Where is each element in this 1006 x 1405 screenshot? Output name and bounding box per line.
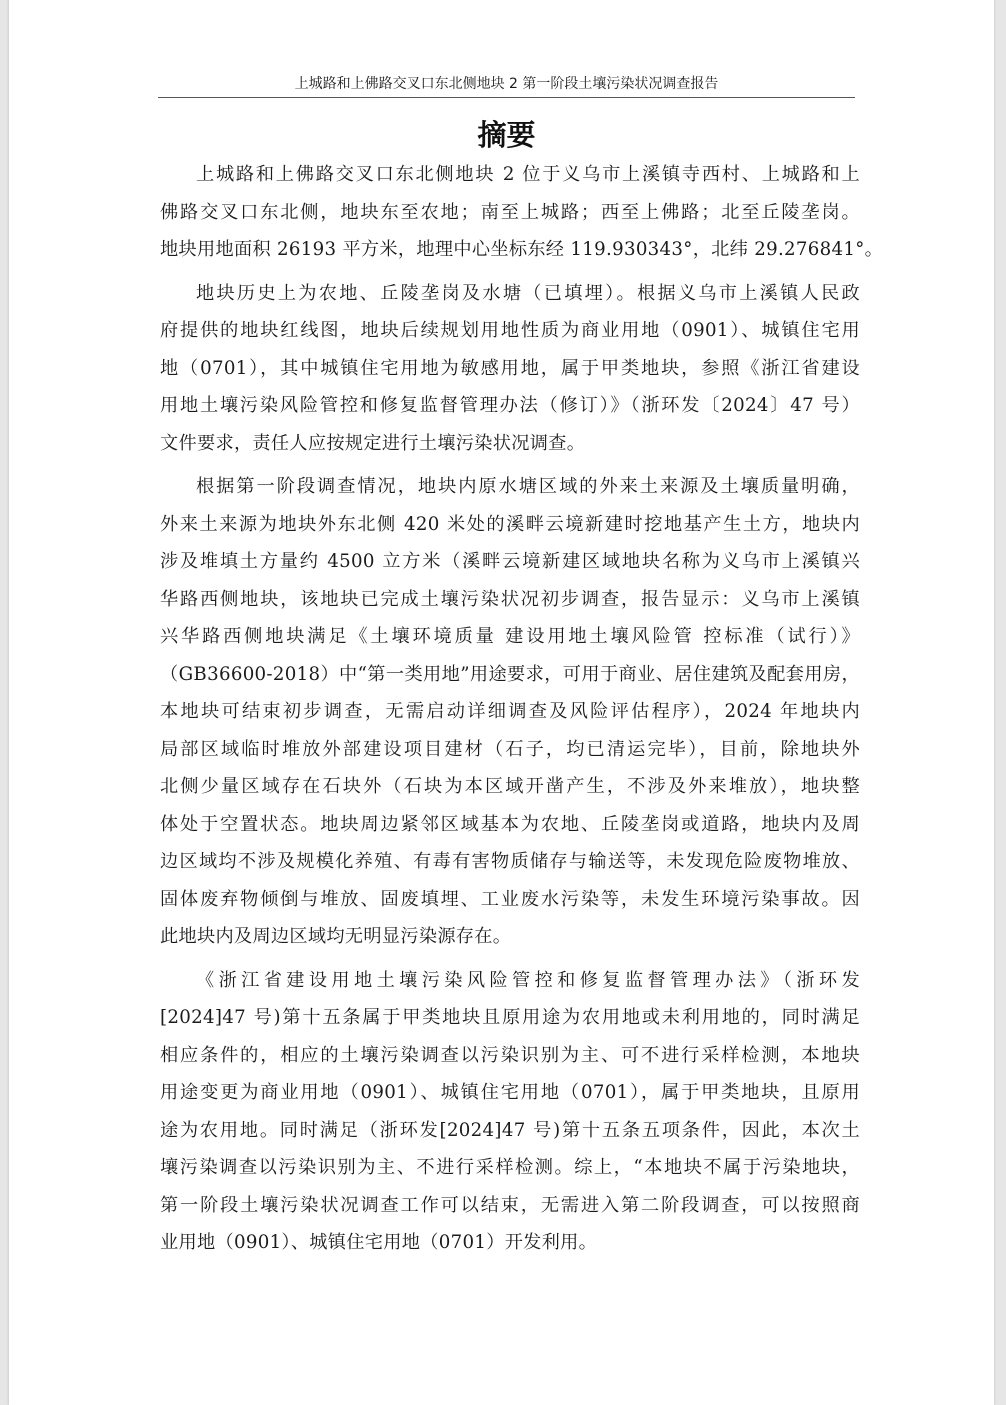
text-line: 上城路和上佛路交叉口东北侧地块 2 位于义乌市上溪镇寺西村、上城路和上 — [160, 156, 860, 194]
text-line: 壤污染调查以污染识别为主、不进行采样检测。综上，“本地块不属于污染地块， — [160, 1149, 860, 1187]
document-page: 上城路和上佛路交叉口东北侧地块 2 第一阶段土壤污染状况调查报告 摘要 上城路和… — [9, 0, 994, 1405]
text-line: 体处于空置状态。地块周边紧邻区域基本为农地、丘陵垄岗或道路，地块内及周 — [160, 806, 860, 844]
text-line: 北侧少量区域存在石块外（石块为本区域开凿产生，不涉及外来堆放），地块整 — [160, 768, 860, 806]
text-line: 此地块内及周边区域均无明显污染源存在。 — [160, 918, 860, 956]
text-line: 本地块可结束初步调查，无需启动详细调查及风险评估程序），2024 年地块内 — [160, 693, 860, 731]
text-line: 局部区域临时堆放外部建设项目建材（石子，均已清运完毕），目前，除地块外 — [160, 731, 860, 769]
text-line: 用途变更为商业用地（0901）、城镇住宅用地（0701），属于甲类地块，且原用 — [160, 1074, 860, 1112]
paragraph-history: 地块历史上为农地、丘陵垄岗及水塘（已填埋）。根据义乌市上溪镇人民政 府提供的地块… — [160, 275, 860, 463]
text-line: 地（0701），其中城镇住宅用地为敏感用地，属于甲类地块，参照《浙江省建设 — [160, 350, 860, 388]
text-line: 佛路交叉口东北侧，地块东至农地；南至上城路；西至上佛路；北至丘陵垄岗。 — [160, 194, 860, 232]
running-header: 上城路和上佛路交叉口东北侧地块 2 第一阶段土壤污染状况调查报告 — [158, 74, 855, 94]
text-line: 根据第一阶段调查情况，地块内原水塘区域的外来土来源及土壤质量明确， — [160, 468, 860, 506]
text-line: 文件要求，责任人应按规定进行土壤污染状况调查。 — [160, 425, 860, 463]
page-title: 摘要 — [158, 115, 855, 155]
paragraph-location: 上城路和上佛路交叉口东北侧地块 2 位于义乌市上溪镇寺西村、上城路和上 佛路交叉… — [160, 156, 860, 269]
abstract-body: 上城路和上佛路交叉口东北侧地块 2 位于义乌市上溪镇寺西村、上城路和上 佛路交叉… — [160, 156, 860, 1262]
text-line: 外来土来源为地块外东北侧 420 米处的溪畔云境新建时挖地基产生土方，地块内 — [160, 506, 860, 544]
text-line: 《浙江省建设用地土壤污染风险管控和修复监督管理办法》（浙环发 — [160, 962, 860, 1000]
text-line: 地块用地面积 26193 平方米，地理中心坐标东经 119.930343°，北纬… — [160, 231, 860, 269]
text-line: 业用地（0901）、城镇住宅用地（0701）开发利用。 — [160, 1224, 860, 1262]
text-line: 华路西侧地块，该地块已完成土壤污染状况初步调查，报告显示：义乌市上溪镇 — [160, 581, 860, 619]
text-line: 用地土壤污染风险管控和修复监督管理办法（修订）》（浙环发〔2024〕47 号） — [160, 387, 860, 425]
text-line: [2024]47 号)第十五条属于甲类地块且原用途为农用地或未利用地的，同时满足 — [160, 999, 860, 1037]
paragraph-findings: 根据第一阶段调查情况，地块内原水塘区域的外来土来源及土壤质量明确， 外来土来源为… — [160, 468, 860, 956]
header-divider — [158, 97, 855, 98]
text-line: 固体废弃物倾倒与堆放、固废填埋、工业废水污染等，未发生环境污染事故。因 — [160, 881, 860, 919]
text-line: 兴华路西侧地块满足《土壤环境质量 建设用地土壤风险管 控标准（试行）》 — [160, 618, 860, 656]
paragraph-conclusion: 《浙江省建设用地土壤污染风险管控和修复监督管理办法》（浙环发 [2024]47 … — [160, 962, 860, 1262]
text-line: （GB36600-2018）中“第一类用地”用途要求，可用于商业、居住建筑及配套… — [160, 656, 860, 694]
text-line: 涉及堆填土方量约 4500 立方米（溪畔云境新建区域地块名称为义乌市上溪镇兴 — [160, 543, 860, 581]
text-line: 途为农用地。同时满足（浙环发[2024]47 号)第十五条五项条件，因此，本次土 — [160, 1112, 860, 1150]
text-line: 相应条件的，相应的土壤污染调查以污染识别为主、可不进行采样检测，本地块 — [160, 1037, 860, 1075]
text-line: 地块历史上为农地、丘陵垄岗及水塘（已填埋）。根据义乌市上溪镇人民政 — [160, 275, 860, 313]
text-line: 第一阶段土壤污染状况调查工作可以结束，无需进入第二阶段调查，可以按照商 — [160, 1187, 860, 1225]
text-line: 府提供的地块红线图，地块后续规划用地性质为商业用地（0901）、城镇住宅用 — [160, 312, 860, 350]
text-line: 边区域均不涉及规模化养殖、有毒有害物质储存与输送等，未发现危险废物堆放、 — [160, 843, 860, 881]
